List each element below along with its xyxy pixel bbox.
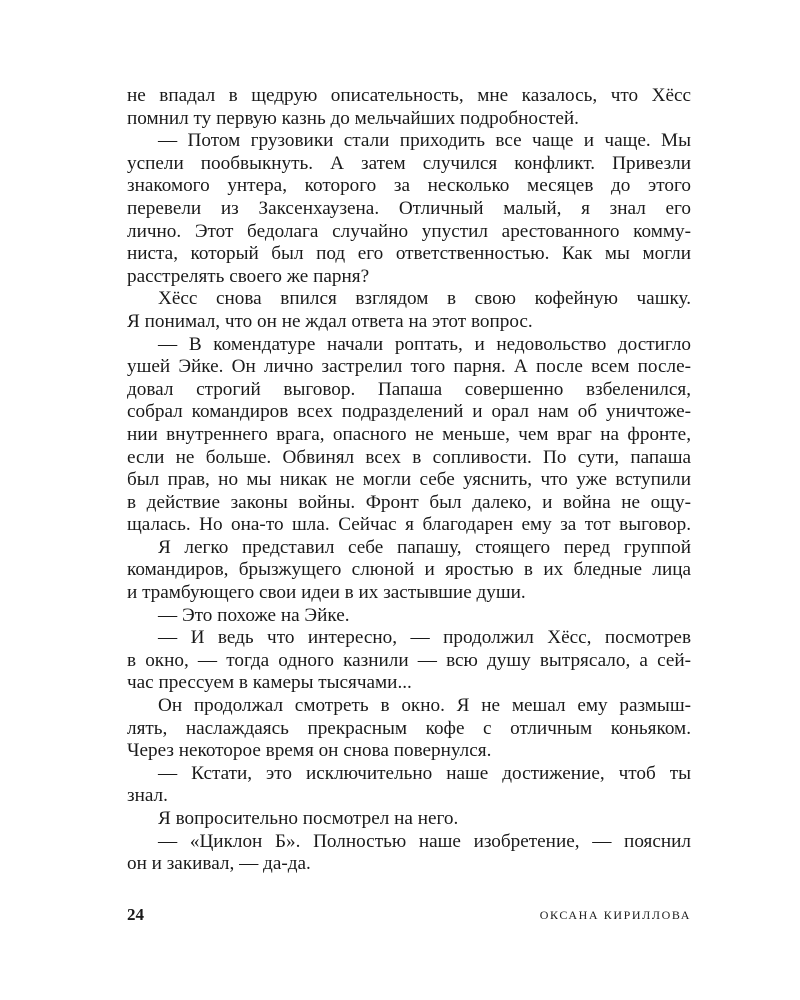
text-line: довал строгий выговор. Папаша совершенно… bbox=[127, 379, 691, 402]
text-line: если не больше. Обвинял всех в сопливост… bbox=[127, 447, 691, 470]
text-line: знакомого унтера, которого за несколько … bbox=[127, 175, 691, 198]
text-line: Я легко представил себе папашу, стоящего… bbox=[127, 537, 691, 560]
text-line: лично. Этот бедолага случайно упустил ар… bbox=[127, 221, 691, 244]
text-line: командиров, брызжущего слюной и яростью … bbox=[127, 559, 691, 582]
text-line: — В комендатуре начали роптать, и недово… bbox=[127, 334, 691, 357]
text-line: собрал командиров всех подразделений и о… bbox=[127, 401, 691, 424]
page-footer: 24 ОКСАНА КИРИЛЛОВА bbox=[127, 905, 691, 929]
text-line: ушей Эйке. Он лично застрелил того парня… bbox=[127, 356, 691, 379]
text-line: Я понимал, что он не ждал ответа на этот… bbox=[127, 311, 691, 334]
text-line: — «Циклон Б». Полностью наше изобретение… bbox=[127, 831, 691, 854]
page-number: 24 bbox=[127, 905, 144, 925]
text-line: нии внутреннего врага, опасного не меньш… bbox=[127, 424, 691, 447]
book-page: не впадал в щедрую описательность, мне к… bbox=[0, 0, 800, 1000]
text-line: Он продолжал смотреть в окно. Я не мешал… bbox=[127, 695, 691, 718]
text-line: лять, наслаждаясь прекрасным кофе с отли… bbox=[127, 718, 691, 741]
text-line: — Потом грузовики стали приходить все ча… bbox=[127, 130, 691, 153]
text-line: расстрелять своего же парня? bbox=[127, 266, 691, 289]
text-line: Через некоторое время он снова повернулс… bbox=[127, 740, 691, 763]
text-line: перевели из Заксенхаузена. Отличный малы… bbox=[127, 198, 691, 221]
text-line: щалась. Но она-то шла. Сейчас я благодар… bbox=[127, 514, 691, 537]
text-line: — Это похоже на Эйке. bbox=[127, 605, 691, 628]
text-line: Я вопросительно посмотрел на него. bbox=[127, 808, 691, 831]
text-line: помнил ту первую казнь до мельчайших под… bbox=[127, 108, 691, 131]
text-line: и трамбующего свои идеи в их застывшие д… bbox=[127, 582, 691, 605]
text-line: ниста, который был под его ответственнос… bbox=[127, 243, 691, 266]
text-line: в окно, — тогда одного казнили — всю душ… bbox=[127, 650, 691, 673]
text-line: успели пообвыкнуть. А затем случился кон… bbox=[127, 153, 691, 176]
text-line: — Кстати, это исключительно наше достиже… bbox=[127, 763, 691, 786]
text-line: час прессуем в камеры тысячами... bbox=[127, 672, 691, 695]
text-line: Хёсс снова впился взглядом в свою кофейн… bbox=[127, 288, 691, 311]
text-line: не впадал в щедрую описательность, мне к… bbox=[127, 85, 691, 108]
body-text: не впадал в щедрую описательность, мне к… bbox=[127, 85, 691, 876]
text-line: в действие законы войны. Фронт был далек… bbox=[127, 492, 691, 515]
text-line: знал. bbox=[127, 785, 691, 808]
text-line: он и закивал, — да-да. bbox=[127, 853, 691, 876]
text-line: — И ведь что интересно, — продолжил Хёсс… bbox=[127, 627, 691, 650]
text-line: был прав, но мы никак не могли себе уясн… bbox=[127, 469, 691, 492]
running-head-author: ОКСАНА КИРИЛЛОВА bbox=[540, 908, 691, 923]
